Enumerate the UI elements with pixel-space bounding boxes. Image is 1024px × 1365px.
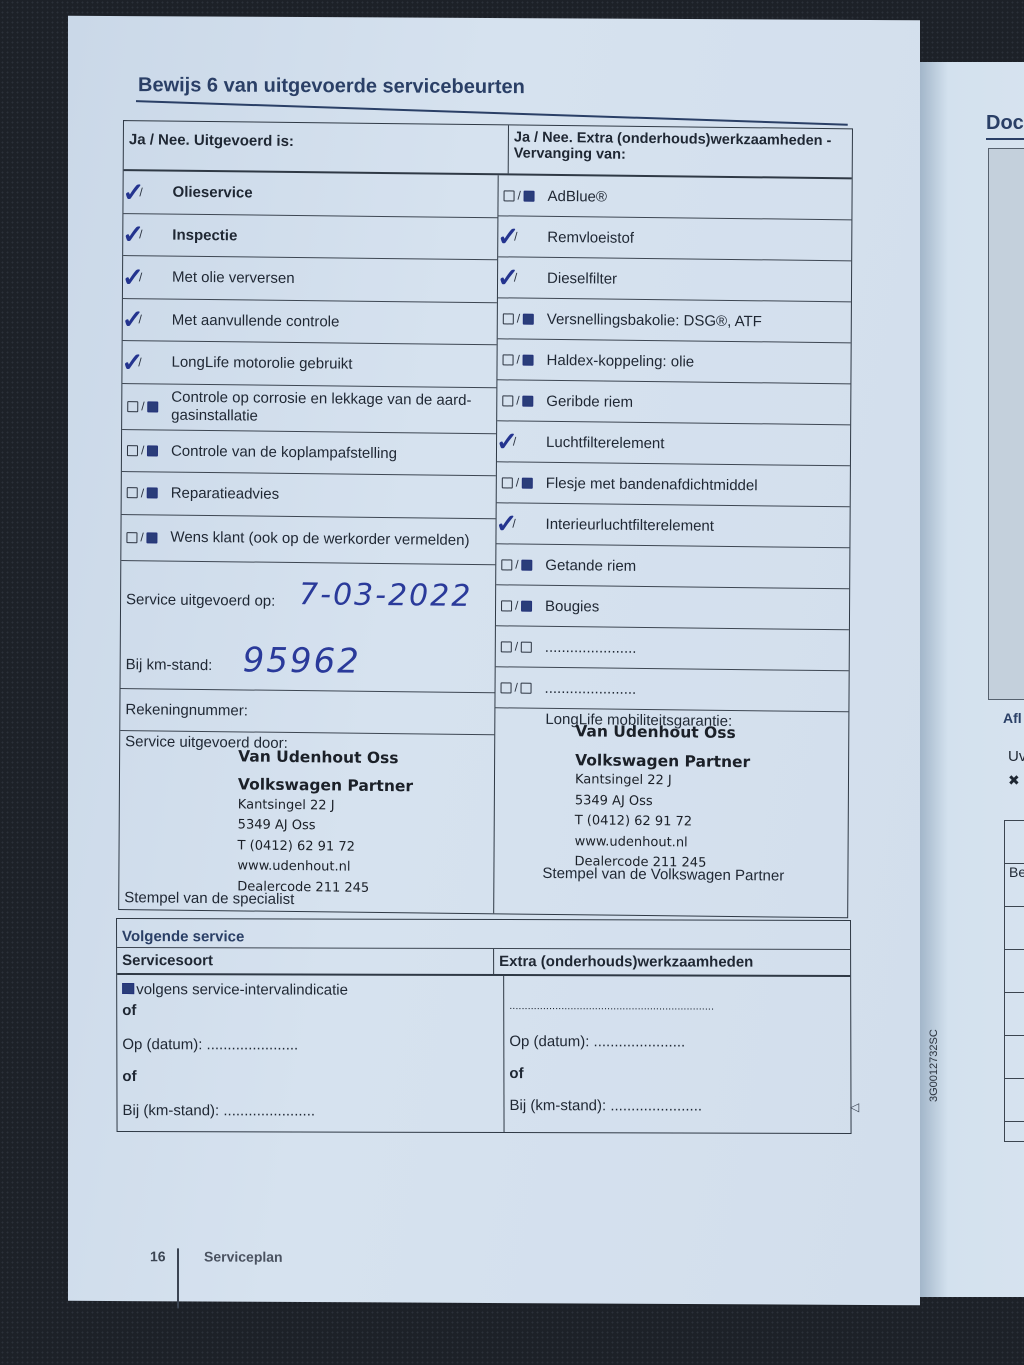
facing-table: Be [1004, 820, 1024, 1142]
dealer-web: www.udenhout.nl [575, 832, 750, 854]
yes-no-checkboxes[interactable]: / [502, 393, 546, 407]
service-date-km-block: Service uitgevoerd op: 7-03-2022 Bij km-… [121, 561, 496, 693]
section-label: Serviceplan [204, 1248, 283, 1264]
checklist-row: ✓/Luchtfilterelement [497, 421, 850, 466]
facing-title-rule [986, 138, 1024, 140]
facing-page-title: Doc [986, 112, 1024, 135]
checked-box-icon[interactable] [147, 488, 158, 499]
yes-no-checkboxes[interactable]: / [503, 352, 547, 366]
extra-column: /AdBlue®✓/Remvloeistof✓/Dieselfilter/Ver… [494, 175, 851, 916]
checked-box-icon[interactable] [522, 559, 533, 570]
no-checkbox[interactable] [502, 395, 513, 406]
checklist-label: Flesje met bandenafdichtmiddel [546, 474, 758, 493]
yes-no-checkboxes[interactable]: / [501, 639, 545, 653]
stamp-specialist-label: Stempel van de specialist [124, 889, 294, 908]
yes-no-checkboxes[interactable]: / [501, 557, 545, 571]
facing-afl-label: Afl [1003, 710, 1022, 726]
facing-uv-label: Uv [1008, 748, 1024, 765]
checklist-row: /AdBlue® [498, 175, 851, 220]
checked-box-icon[interactable] [147, 445, 158, 456]
checklist-label: Versnellingsbakolie: DSG®, ATF [547, 310, 762, 329]
checklist-row: /Bougies [496, 585, 849, 630]
performed-column: ✓/Olieservice✓/Inspectie✓/Met olie verve… [119, 171, 498, 913]
no-checkbox[interactable] [501, 559, 512, 570]
page-number: 16 [150, 1248, 166, 1264]
checklist-row: ✓/Met olie verversen [123, 256, 497, 303]
yes-checkbox[interactable] [501, 641, 512, 652]
checklist-label: Dieselfilter [547, 269, 617, 287]
service-date-label: Service uitgevoerd op: [126, 591, 275, 610]
dealer-phone: T (0412) 62 91 72 [238, 836, 413, 858]
checklist-label: AdBlue® [548, 187, 608, 205]
checked-box-icon[interactable] [148, 401, 159, 412]
facing-page: Doc Afl Uv ✖ Be 3G0012732SC [918, 62, 1024, 1297]
specialist-stamp-box: Service uitgevoerd door: Van Udenhout Os… [119, 731, 494, 913]
extra-work-column: ........................................… [504, 976, 850, 1133]
checklist-row: /...................... [495, 667, 848, 712]
no-checkbox[interactable] [127, 401, 138, 412]
checklist-row: /Versnellingsbakolie: DSG®, ATF [498, 298, 851, 343]
dealer-stamp-left: Van Udenhout Oss Volkswagen Partner Kant… [237, 746, 413, 899]
yes-no-checkboxes[interactable]: / [127, 443, 171, 457]
dealer-type: Volkswagen Partner [575, 750, 750, 772]
checklist-label: Getande riem [545, 556, 636, 574]
checklist-label: Remvloeistof [547, 228, 634, 246]
no-checkbox[interactable] [502, 477, 513, 488]
checked-box-icon[interactable] [523, 313, 534, 324]
no-checkbox[interactable] [503, 354, 514, 365]
facing-table-cell: Be [1005, 864, 1024, 907]
extra-or-label: of [509, 1063, 845, 1085]
checklist-label: Luchtfilterelement [546, 433, 665, 451]
yes-no-checkboxes[interactable]: ✓/ [502, 516, 546, 530]
yes-no-checkboxes[interactable]: / [501, 598, 545, 612]
checklist-label: ...................... [545, 679, 637, 697]
checked-box-icon[interactable] [523, 354, 534, 365]
service-type-column: volgens service-intervalindicatie of Op … [117, 975, 504, 1132]
no-checkbox[interactable] [127, 445, 138, 456]
yes-no-checkboxes[interactable]: / [127, 486, 171, 500]
no-checkbox[interactable] [126, 532, 137, 543]
checklist-row: /Geribde riem [497, 380, 850, 425]
dealer-phone: T (0412) 62 91 72 [575, 811, 750, 833]
continue-arrow-icon: ◁ [850, 1100, 859, 1114]
next-service-table: Volgende service Servicesoort Extra (ond… [116, 918, 852, 1134]
next-date-field[interactable]: Op (datum): ...................... [122, 1034, 498, 1056]
checklist-label: Controle op corrosie en lekkage van de a… [171, 389, 491, 429]
next-service-title: Volgende service [117, 919, 850, 950]
dealer-web: www.udenhout.nl [237, 856, 412, 878]
yes-no-checkboxes[interactable]: ✓/ [502, 434, 546, 448]
yes-no-checkboxes[interactable]: / [502, 475, 546, 489]
checked-box-icon[interactable] [524, 190, 535, 201]
checklist-label: Olieservice [173, 184, 253, 202]
yes-no-checkboxes[interactable]: / [503, 311, 547, 325]
extra-work-field[interactable]: ........................................… [509, 996, 845, 1018]
km-label: Bij km-stand: [126, 656, 213, 674]
checklist-row: /Controle op corrosie en lekkage van de … [122, 384, 496, 434]
no-checkbox[interactable] [521, 641, 532, 652]
or-label-2: of [122, 1066, 498, 1088]
performed-header: Ja / Nee. Uitgevoerd is: [124, 121, 509, 173]
km-value[interactable]: 95962 [243, 640, 361, 681]
cross-icon: ✖ [1008, 772, 1020, 789]
service-record-table: Ja / Nee. Uitgevoerd is: Ja / Nee. Extra… [118, 120, 853, 918]
checked-box-icon[interactable] [521, 600, 532, 611]
checklist-label: Geribde riem [546, 392, 633, 410]
extra-date-field[interactable]: Op (datum): ...................... [509, 1031, 845, 1053]
yes-no-checkboxes[interactable]: / [127, 399, 171, 413]
checklist-row: ✓/Dieselfilter [498, 257, 851, 302]
dealer-type: Volkswagen Partner [238, 774, 413, 796]
no-checkbox[interactable] [521, 682, 532, 693]
yes-no-checkboxes[interactable]: ✓/ [129, 185, 173, 199]
checked-box-icon[interactable] [147, 532, 158, 543]
document-code: 3G0012732SC [928, 1029, 940, 1102]
checklist-row: /Getande riem [496, 544, 849, 589]
checklist-row: /Wens klant (ook op de werkorder vermeld… [121, 515, 495, 565]
service-date-value[interactable]: 7-03-2022 [299, 577, 472, 614]
interval-checkbox[interactable] [122, 983, 134, 994]
checklist-row: /Controle van de koplampafstelling [122, 430, 496, 477]
checklist-row: ✓/Inspectie [123, 214, 497, 261]
checklist-row: ✓/Met aanvullende controle [123, 299, 497, 346]
checklist-row: ✓/Olieservice [123, 171, 497, 218]
no-checkbox[interactable] [504, 190, 515, 201]
checklist-row: /Haldex-koppeling: olie [497, 339, 850, 384]
yes-no-checkboxes[interactable]: / [126, 530, 170, 544]
extra-header: Ja / Nee. Extra (onderhouds)werkzaamhede… [509, 125, 852, 177]
stamp-partner-label: Stempel van de Volkswagen Partner [542, 865, 784, 885]
dealer-city: 5349 AJ Oss [238, 815, 413, 837]
yes-no-checkboxes[interactable]: ✓/ [127, 355, 171, 369]
yes-no-checkboxes[interactable]: / [501, 680, 545, 694]
interval-label: volgens service-intervalindicatie [136, 981, 348, 999]
extra-work-header: Extra (onderhouds)werkzaamheden [494, 949, 758, 975]
checklist-row: ✓/LongLife motorolie gebruikt [122, 341, 496, 388]
account-label: Rekeningnummer: [125, 701, 248, 719]
checked-box-icon[interactable] [523, 395, 534, 406]
footer-divider [177, 1248, 179, 1308]
partner-stamp-box: LongLife mobiliteitsgarantie: Van Udenho… [494, 708, 848, 890]
dealer-street: Kantsingel 22 J [238, 795, 413, 817]
facing-image-box [988, 148, 1024, 700]
dealer-city: 5349 AJ Oss [575, 791, 750, 813]
yes-no-checkboxes[interactable]: ✓/ [503, 270, 547, 284]
service-booklet-page: Bewijs 6 van uitgevoerde servicebeurten … [68, 16, 920, 1305]
or-label: of [122, 1000, 498, 1022]
checklist-row: /Flesje met bandenafdichtmiddel [497, 462, 850, 507]
no-checkbox[interactable] [503, 313, 514, 324]
extra-km-field[interactable]: Bij (km-stand): ...................... [509, 1095, 845, 1117]
checklist-label: Inspectie [172, 226, 237, 244]
yes-checkbox[interactable] [501, 682, 512, 693]
checklist-label: Haldex-koppeling: olie [547, 351, 695, 370]
checklist-label: Interieurluchtfilterelement [546, 515, 715, 534]
checklist-row: /...................... [496, 626, 849, 671]
dealer-name: Van Udenhout Oss [238, 746, 413, 768]
dealer-street: Kantsingel 22 J [575, 770, 750, 792]
yes-no-checkboxes[interactable]: ✓/ [128, 227, 172, 241]
next-km-field[interactable]: Bij (km-stand): ...................... [122, 1100, 498, 1122]
checklist-row: /Reparatieadvies [122, 472, 496, 519]
page-title: Bewijs 6 van uitgevoerde servicebeurten [138, 74, 525, 99]
yes-no-checkboxes[interactable]: ✓/ [503, 229, 547, 243]
no-checkbox[interactable] [501, 600, 512, 611]
checklist-row: ✓/Remvloeistof [498, 216, 851, 261]
checklist-label: ...................... [545, 638, 637, 656]
yes-no-checkboxes[interactable]: ✓/ [128, 312, 172, 326]
checklist-row: ✓/Interieurluchtfilterelement [496, 503, 849, 548]
checklist-label: Reparatieadvies [171, 485, 280, 503]
dealer-stamp-right: Van Udenhout Oss Volkswagen Partner Kant… [574, 721, 750, 874]
checklist-label: Met olie verversen [172, 269, 295, 287]
checklist-label: Controle van de koplampafstelling [171, 442, 397, 462]
service-type-header: Servicesoort [117, 948, 494, 974]
checked-box-icon[interactable] [522, 477, 533, 488]
yes-no-checkboxes[interactable]: / [504, 188, 548, 202]
account-row: Rekeningnummer: [120, 689, 494, 735]
checklist-label: Met aanvullende controle [172, 311, 340, 330]
dealer-name: Van Udenhout Oss [575, 721, 750, 743]
checklist-label: Bougies [545, 597, 599, 615]
checklist-label: Wens klant (ook op de werkorder vermelde… [170, 529, 469, 550]
checklist-label: LongLife motorolie gebruikt [171, 354, 352, 373]
no-checkbox[interactable] [127, 487, 138, 498]
yes-no-checkboxes[interactable]: ✓/ [128, 270, 172, 284]
